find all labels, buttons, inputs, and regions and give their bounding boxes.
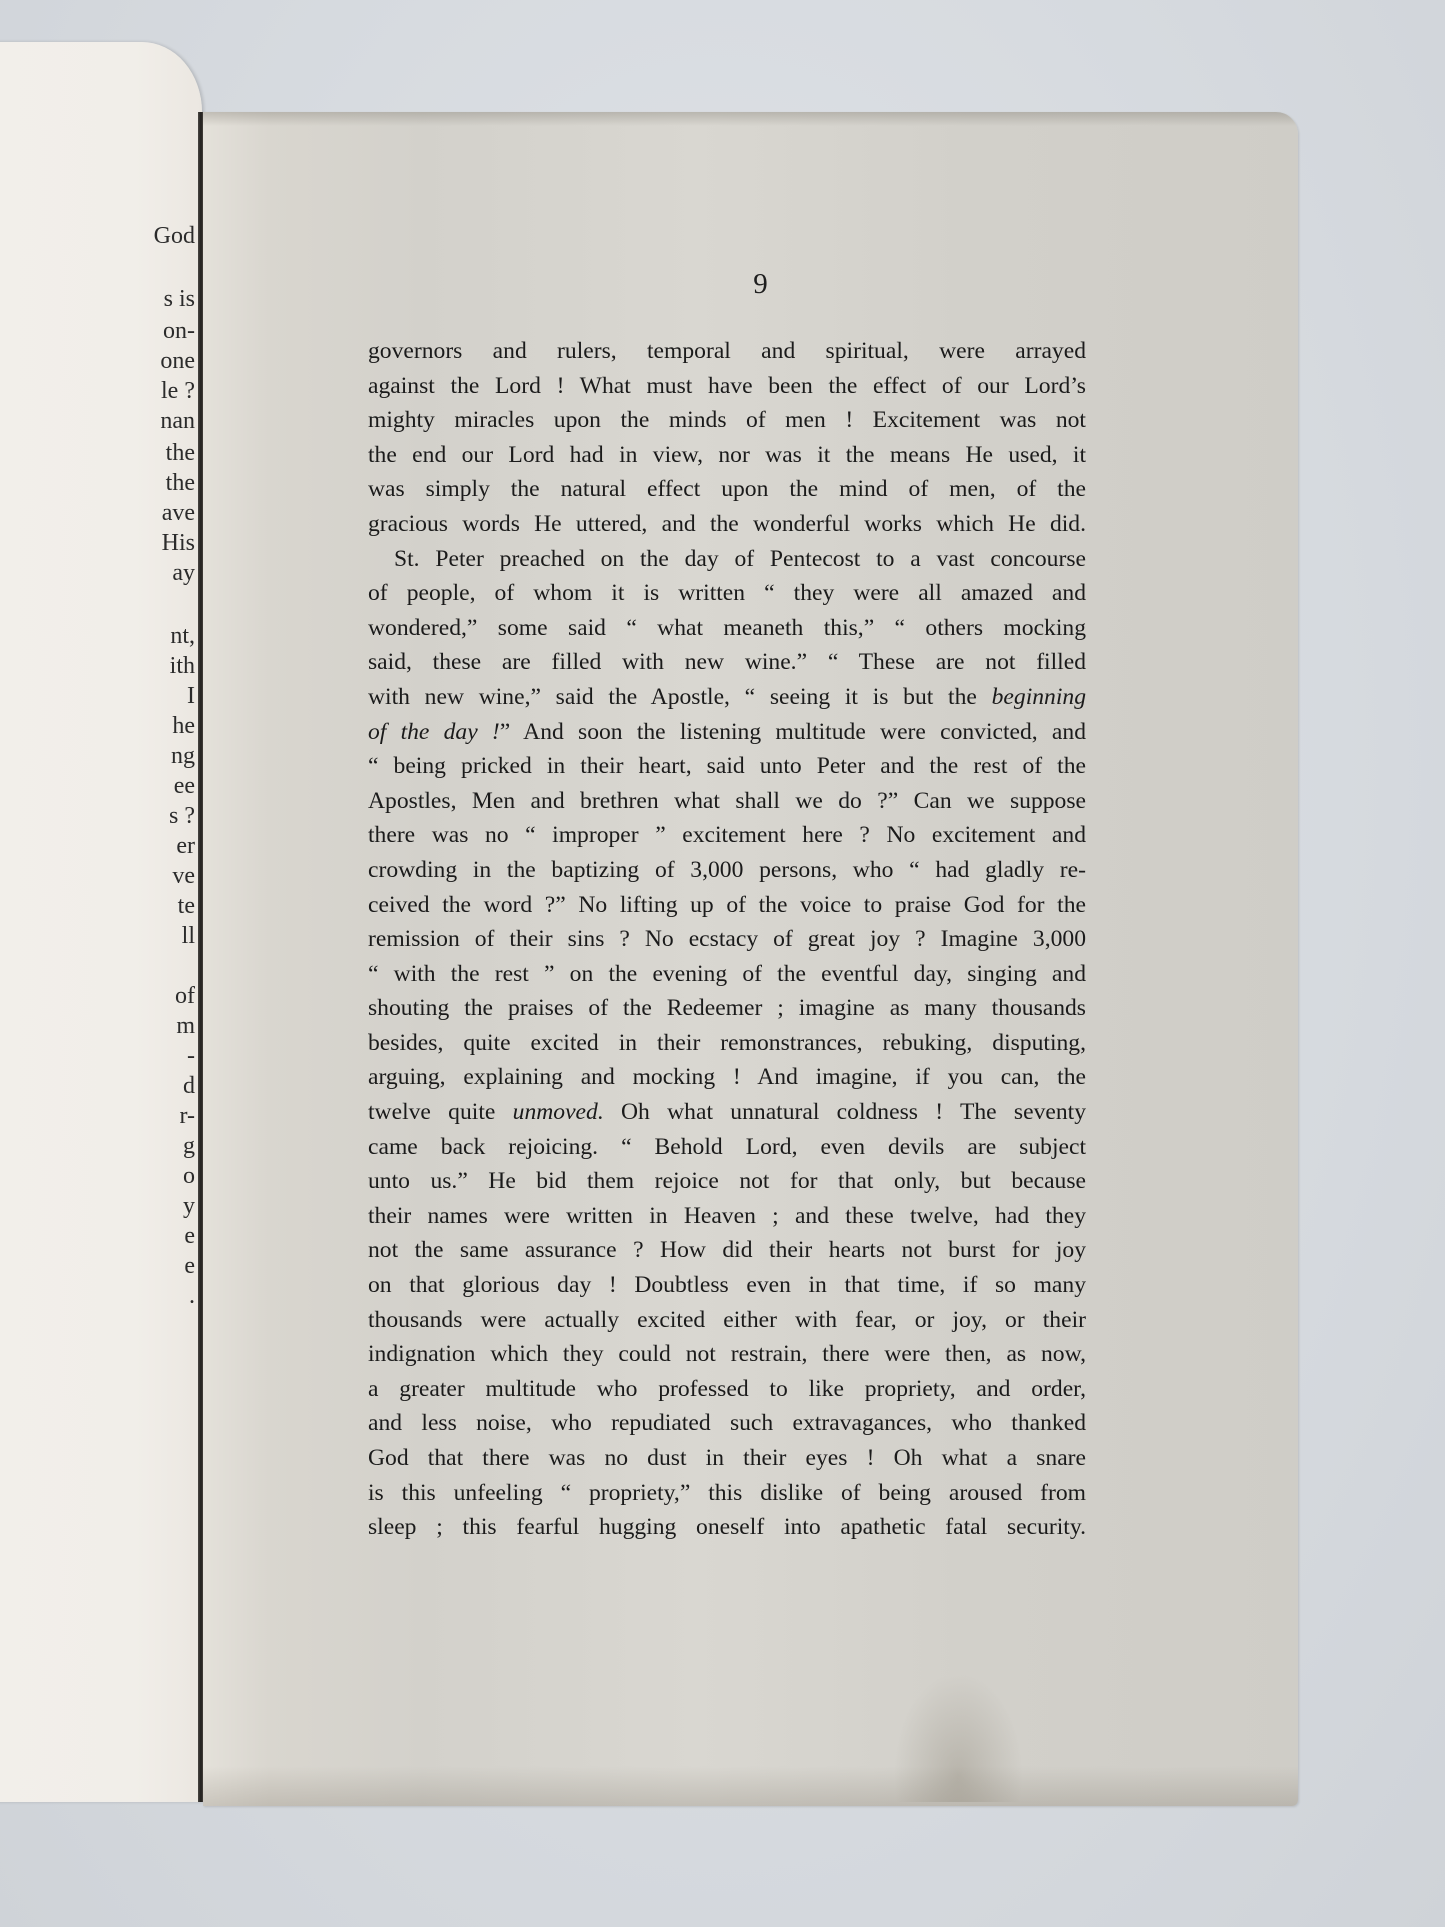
left-page-fragment: m — [176, 1013, 195, 1040]
left-page-fragment: e — [184, 1223, 195, 1250]
left-page-fragment: s ? — [169, 803, 195, 830]
text-line: Apostles, Men and brethren what shall we… — [368, 784, 1086, 819]
left-page-fragment: o — [183, 1163, 195, 1190]
page-number: 9 — [203, 268, 1298, 301]
left-page-fragment: e — [184, 1253, 195, 1280]
text-line: governors and rulers, temporal and spiri… — [368, 334, 1086, 369]
left-page-fragment: ve — [172, 863, 195, 890]
left-page-fragment: d — [183, 1073, 195, 1100]
left-page-fragment: the — [166, 470, 195, 497]
text-line: God that there was no dust in their eyes… — [368, 1441, 1086, 1476]
text-line: a greater multitude who professed to lik… — [368, 1372, 1086, 1407]
text-line-final: sleep ; this fearful hugging oneself int… — [368, 1510, 1086, 1545]
text-line: “ being pricked in their heart, said unt… — [368, 749, 1086, 784]
text-line: not the same assurance ? How did their h… — [368, 1233, 1086, 1268]
left-page-fragment: ay — [172, 560, 195, 587]
text-line: ceived the word ?” No lifting up of the … — [368, 888, 1086, 923]
left-page-fragment: ee — [174, 773, 195, 800]
left-page-fragment: s is — [164, 286, 195, 313]
text-line: indignation which they could not restrai… — [368, 1337, 1086, 1372]
left-page-fragment: His — [162, 530, 195, 557]
left-page-fragment: y — [183, 1193, 195, 1220]
text-line: and less noise, who repudiated such extr… — [368, 1406, 1086, 1441]
text-line: shouting the praises of the Redeemer ; i… — [368, 991, 1086, 1026]
text-line: remission of their sins ? No ecstacy of … — [368, 922, 1086, 957]
text-line: wondered,” some said “ what meaneth this… — [368, 611, 1086, 646]
text-line: against the Lord ! What must have been t… — [368, 369, 1086, 404]
left-page-fragment: ll — [182, 923, 195, 950]
left-facing-page: Gods ison-onele ?nanthetheaveHisaynt,ith… — [0, 42, 202, 1802]
page-stain — [893, 1672, 1023, 1802]
text-line: gracious words He uttered, and the wonde… — [368, 507, 1086, 542]
text-line: there was no “ improper ” excitement her… — [368, 818, 1086, 853]
text-line: “ with the rest ” on the evening of the … — [368, 957, 1086, 992]
left-page-fragment: I — [187, 683, 195, 710]
left-page-fragment: God — [154, 223, 195, 250]
left-page-fragment: er — [176, 833, 195, 860]
left-page-fragment: of — [175, 983, 195, 1010]
text-line: unto us.” He bid them rejoice not for th… — [368, 1164, 1086, 1199]
right-page: 9 governors and rulers, temporal and spi… — [203, 112, 1298, 1806]
left-page-fragment: the — [166, 440, 195, 467]
text-line: was simply the natural effect upon the m… — [368, 472, 1086, 507]
text-line-italic-mixed: twelve quite unmoved. Oh what unnatural … — [368, 1095, 1086, 1130]
left-page-fragment: g — [183, 1133, 195, 1160]
left-page-fragment: te — [178, 893, 195, 920]
left-page-fragment: one — [160, 348, 195, 375]
left-page-fragment: ng — [171, 743, 195, 770]
text-line: arguing, explaining and mocking ! And im… — [368, 1060, 1086, 1095]
text-line-italic-mixed: with new wine,” said the Apostle, “ seei… — [368, 680, 1086, 715]
left-page-fragment: r- — [179, 1103, 195, 1130]
left-page-fragment: nt, — [170, 623, 195, 650]
text-line: thousands were actually excited either w… — [368, 1303, 1086, 1338]
paragraph-start-line: St. Peter preached on the day of Penteco… — [368, 542, 1086, 577]
text-line: on that glorious day ! Doubtless even in… — [368, 1268, 1086, 1303]
left-page-fragment: . — [189, 1283, 195, 1310]
text-line: came back rejoicing. “ Behold Lord, even… — [368, 1130, 1086, 1165]
left-page-fragment: ave — [162, 500, 195, 527]
left-page-fragment: le ? — [161, 378, 195, 405]
text-line: is this unfeeling “ propriety,” this dis… — [368, 1476, 1086, 1511]
page-body-text: governors and rulers, temporal and spiri… — [368, 334, 1086, 1545]
text-line: said, these are filled with new wine.” “… — [368, 645, 1086, 680]
text-line: besides, quite excited in their remonstr… — [368, 1026, 1086, 1061]
left-page-fragment: - — [187, 1043, 195, 1070]
left-page-fragment: nan — [160, 408, 195, 435]
text-line-italic-mixed: of the day !” And soon the listening mul… — [368, 715, 1086, 750]
left-page-fragment: ith — [170, 653, 195, 680]
text-line: the end our Lord had in view, nor was it… — [368, 438, 1086, 473]
text-line: crowding in the baptizing of 3,000 perso… — [368, 853, 1086, 888]
left-page-fragment: he — [172, 713, 195, 740]
text-line: mighty miracles upon the minds of men ! … — [368, 403, 1086, 438]
text-line: of people, of whom it is written “ they … — [368, 576, 1086, 611]
text-line: their names were written in Heaven ; and… — [368, 1199, 1086, 1234]
left-page-fragment: on- — [163, 318, 195, 345]
